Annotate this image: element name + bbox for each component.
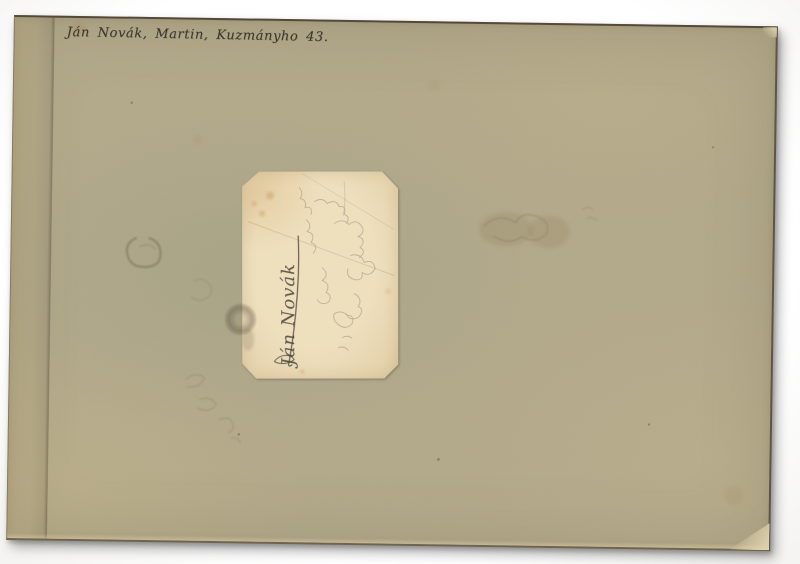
- rubbed-smudge-pair: [479, 212, 571, 248]
- foxing-spot: [724, 486, 744, 506]
- ring-smudge: [127, 238, 161, 268]
- signature-loop: [274, 355, 294, 363]
- faint-scribble: [191, 279, 212, 300]
- scanner-background: Ján Novák, Martin, Kuzmányho 43.: [0, 0, 800, 564]
- foxing-spot: [193, 135, 203, 145]
- signature-flourish: [289, 236, 299, 366]
- crease-lines: [248, 174, 394, 276]
- signature-text: Ján Novák: [278, 263, 299, 370]
- album-board: Ján Novák, Martin, Kuzmányho 43.: [6, 15, 778, 551]
- signature-group: Ján Novák: [274, 236, 299, 370]
- handwritten-inscription: Ján Novák, Martin, Kuzmányho 43.: [67, 22, 427, 50]
- foxing-spot: [428, 79, 440, 91]
- label-foxing: [252, 192, 392, 374]
- corner-chip: [763, 27, 777, 37]
- faint-sketch-traces: [185, 375, 242, 444]
- faint-mark: [582, 207, 597, 220]
- specks: [125, 102, 714, 465]
- pencil-sketch: Ján Novák: [242, 172, 398, 379]
- bent-corner: [729, 523, 769, 551]
- binding-strip: [7, 17, 55, 539]
- sketch-label-wrap: Ján Novák: [242, 172, 398, 379]
- foliage-scribbles: [299, 182, 375, 351]
- attached-sketch-label: Ján Novák: [242, 172, 398, 379]
